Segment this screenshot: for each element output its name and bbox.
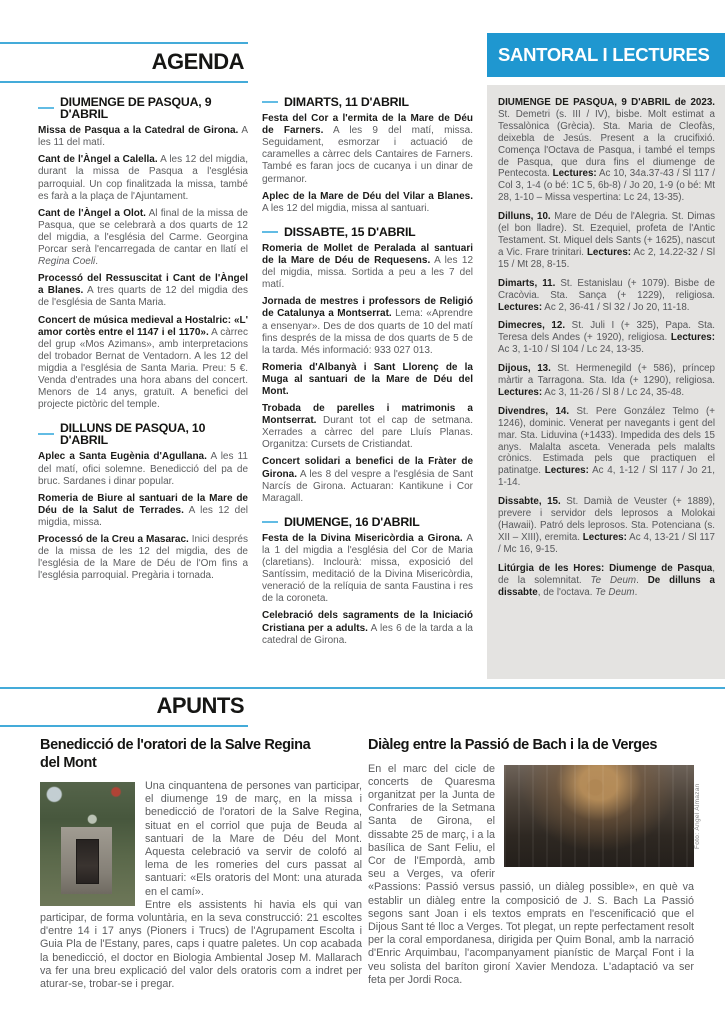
section-dash-icon bbox=[38, 433, 54, 435]
section-dash-icon bbox=[262, 521, 278, 523]
agenda-item: Aplec a Santa Eugènia d'Agullana. A les … bbox=[38, 451, 248, 487]
agenda-item-lead: Concert solidari a benefici de la Fràter… bbox=[262, 456, 473, 479]
agenda-section-header: DIUMENGE DE PASQUA, 9 D'ABRIL bbox=[38, 96, 248, 120]
santoral-entry-day: Divendres, 14. bbox=[498, 406, 569, 417]
agenda-item-italic: Regina Coeli bbox=[38, 256, 95, 267]
agenda-item: Romeria d'Albanyà i Sant Llorenç de la M… bbox=[262, 362, 473, 398]
agenda-item-lead: Aplec a Santa Eugènia d'Agullana. bbox=[38, 451, 207, 462]
agenda-section-header: DIMARTS, 11 D'ABRIL bbox=[262, 96, 473, 108]
santoral-entries: DIUMENGE DE PASQUA, 9 D'ABRIL de 2023. S… bbox=[487, 85, 725, 679]
agenda-item-lead: Jornada de mestres i professors de Relig… bbox=[262, 296, 473, 319]
agenda-item: Processó del Ressuscitat i Cant de l'Àng… bbox=[38, 273, 248, 309]
agenda-item-lead: Cant de l'Àngel a Calella. bbox=[38, 154, 158, 165]
agenda-item-lead: Festa del Cor a l'ermita de la Mare de D… bbox=[262, 113, 473, 136]
church-photo-wrap: Foto: Àngel Almazan bbox=[504, 765, 694, 867]
santoral-entry: Dijous, 13. St. Hermenegild (+ 586), prí… bbox=[498, 363, 715, 399]
agenda-item: Celebració dels sagraments de la Iniciac… bbox=[262, 610, 473, 646]
article-dialeg-title: Diàleg entre la Passió de Bach i la de V… bbox=[368, 737, 694, 755]
agenda-item: Romeria de Biure al santuari de la Mare … bbox=[38, 493, 248, 529]
agenda-item-lead: Celebració dels sagraments de la Iniciac… bbox=[262, 610, 473, 633]
agenda-item-lead: Romeria de Mollet de Peralada al santuar… bbox=[262, 243, 473, 266]
agenda-item: Festa del Cor a l'ermita de la Mare de D… bbox=[262, 113, 473, 186]
lectures-label: Lectures: bbox=[498, 387, 542, 398]
agenda-item-lead: Aplec de la Mare de Déu del Vilar a Blan… bbox=[262, 191, 473, 202]
agenda-item: Aplec de la Mare de Déu del Vilar a Blan… bbox=[262, 191, 473, 215]
agenda-item: Romeria de Mollet de Peralada al santuar… bbox=[262, 243, 473, 291]
article-benediccio-title: Benedicció de l'oratori de la Salve Regi… bbox=[40, 737, 362, 772]
article-benediccio: Benedicció de l'oratori de la Salve Regi… bbox=[40, 737, 362, 991]
lectures-label: Lectures: bbox=[553, 168, 597, 179]
lectures-label: Lectures: bbox=[671, 332, 715, 343]
lectures-label: Lectures: bbox=[583, 532, 627, 543]
agenda-item: Processó de la Creu a Masarac. Inici des… bbox=[38, 534, 248, 582]
agenda-item-lead: Festa de la Divina Misericòrdia a Girona… bbox=[262, 533, 463, 544]
agenda-section-label: DIUMENGE, 16 D'ABRIL bbox=[284, 516, 420, 528]
agenda-item: Cant de l'Àngel a Calella. A les 12 del … bbox=[38, 154, 248, 202]
agenda-item-lead: Missa de Pasqua a la Catedral de Girona. bbox=[38, 125, 238, 136]
section-dash-icon bbox=[38, 107, 54, 109]
article-paragraph: Entre els assistents hi havia els qui va… bbox=[40, 899, 362, 991]
lectures-label: Lectures: bbox=[498, 302, 542, 313]
agenda-item: Concert de música medieval a Hostalric: … bbox=[38, 315, 248, 412]
photo-credit: Foto: Àngel Almazan bbox=[691, 765, 704, 867]
agenda-section-label: DILLUNS DE PASQUA, 10 D'ABRIL bbox=[60, 422, 248, 446]
agenda-col-1: DIUMENGE DE PASQUA, 9 D'ABRILMissa de Pa… bbox=[38, 94, 248, 682]
agenda-item: Trobada de parelles i matrimonis a Monts… bbox=[262, 403, 473, 451]
section-dash-icon bbox=[262, 101, 278, 103]
santoral-liturgia: Litúrgia de les Hores: Diumenge de Pasqu… bbox=[498, 563, 715, 599]
agenda-item: Cant de l'Àngel a Olot. Al final de la m… bbox=[38, 208, 248, 268]
agenda-section-header: DIUMENGE, 16 D'ABRIL bbox=[262, 516, 473, 528]
article-benediccio-body: Una cinquantena de persones van particip… bbox=[40, 780, 362, 991]
santoral-title: SANTORAL I LECTURES bbox=[487, 33, 725, 77]
agenda-item-lead: Trobada de parelles i matrimonis a Monts… bbox=[262, 403, 473, 426]
santoral-entry: Divendres, 14. St. Pere González Telmo (… bbox=[498, 406, 715, 489]
church-photo bbox=[504, 765, 694, 867]
agenda-item-lead: Processó de la Creu a Masarac. bbox=[38, 534, 189, 545]
santoral-entry-day: Dimecres, 12. bbox=[498, 320, 565, 331]
santoral-panel: SANTORAL I LECTURES DIUMENGE DE PASQUA, … bbox=[487, 33, 725, 679]
lectures-label: Lectures: bbox=[545, 465, 589, 476]
agenda-section-label: DISSABTE, 15 D'ABRIL bbox=[284, 226, 415, 238]
santoral-entry: Dilluns, 10. Mare de Déu de l'Alegria. S… bbox=[498, 211, 715, 271]
santoral-entry: Dimarts, 11. St. Estanislau (+ 1079). Bi… bbox=[498, 278, 715, 314]
santoral-entry-day: DIUMENGE DE PASQUA, 9 D'ABRIL de 2023. bbox=[498, 97, 715, 108]
santoral-entry: Dimecres, 12. St. Juli I (+ 325), Papa. … bbox=[498, 320, 715, 356]
oratori-photo bbox=[40, 782, 135, 906]
section-dash-icon bbox=[262, 231, 278, 233]
liturgia-bold: Litúrgia de les Hores: Diumenge de Pasqu… bbox=[498, 563, 712, 574]
agenda-col-2: DIMARTS, 11 D'ABRILFesta del Cor a l'erm… bbox=[262, 94, 473, 682]
agenda-section-header: DILLUNS DE PASQUA, 10 D'ABRIL bbox=[38, 422, 248, 446]
agenda-title: AGENDA bbox=[0, 42, 248, 83]
santoral-entry: DIUMENGE DE PASQUA, 9 D'ABRIL de 2023. S… bbox=[498, 97, 715, 204]
lectures-label: Lectures: bbox=[587, 247, 631, 258]
agenda-item-lead: Cant de l'Àngel a Olot. bbox=[38, 208, 146, 219]
agenda-item-lead: Concert de música medieval a Hostalric: … bbox=[38, 315, 248, 338]
agenda-section-header: DISSABTE, 15 D'ABRIL bbox=[262, 226, 473, 238]
agenda-section-label: DIMARTS, 11 D'ABRIL bbox=[284, 96, 409, 108]
agenda-item: Missa de Pasqua a la Catedral de Girona.… bbox=[38, 125, 248, 149]
santoral-entry-day: Dimarts, 11. bbox=[498, 278, 555, 289]
liturgia-italic: Te Deum bbox=[591, 575, 637, 586]
agenda-item: Jornada de mestres i professors de Relig… bbox=[262, 296, 473, 356]
agenda-section-label: DIUMENGE DE PASQUA, 9 D'ABRIL bbox=[60, 96, 248, 120]
santoral-entry-day: Dissabte, 15. bbox=[498, 496, 561, 507]
agenda-item-lead: Romeria de Biure al santuari de la Mare … bbox=[38, 493, 248, 516]
santoral-entry: Dissabte, 15. St. Damià de Veuster (+ 18… bbox=[498, 496, 715, 556]
article-dialeg-body: Foto: Àngel Almazan En el marc del cicle… bbox=[368, 763, 694, 987]
agenda-item-lead: Processó del Ressuscitat i Cant de l'Àng… bbox=[38, 273, 248, 296]
apunts-title: APUNTS bbox=[0, 689, 248, 727]
agenda-item: Festa de la Divina Misericòrdia a Girona… bbox=[262, 533, 473, 606]
article-dialeg: Diàleg entre la Passió de Bach i la de V… bbox=[368, 737, 694, 987]
liturgia-italic: Te Deum bbox=[595, 587, 634, 598]
agenda-item-lead: Romeria d'Albanyà i Sant Llorenç de la M… bbox=[262, 362, 473, 397]
santoral-entry-day: Dilluns, 10. bbox=[498, 211, 551, 222]
santoral-entry-day: Dijous, 13. bbox=[498, 363, 551, 374]
agenda-item: Concert solidari a benefici de la Fràter… bbox=[262, 456, 473, 504]
